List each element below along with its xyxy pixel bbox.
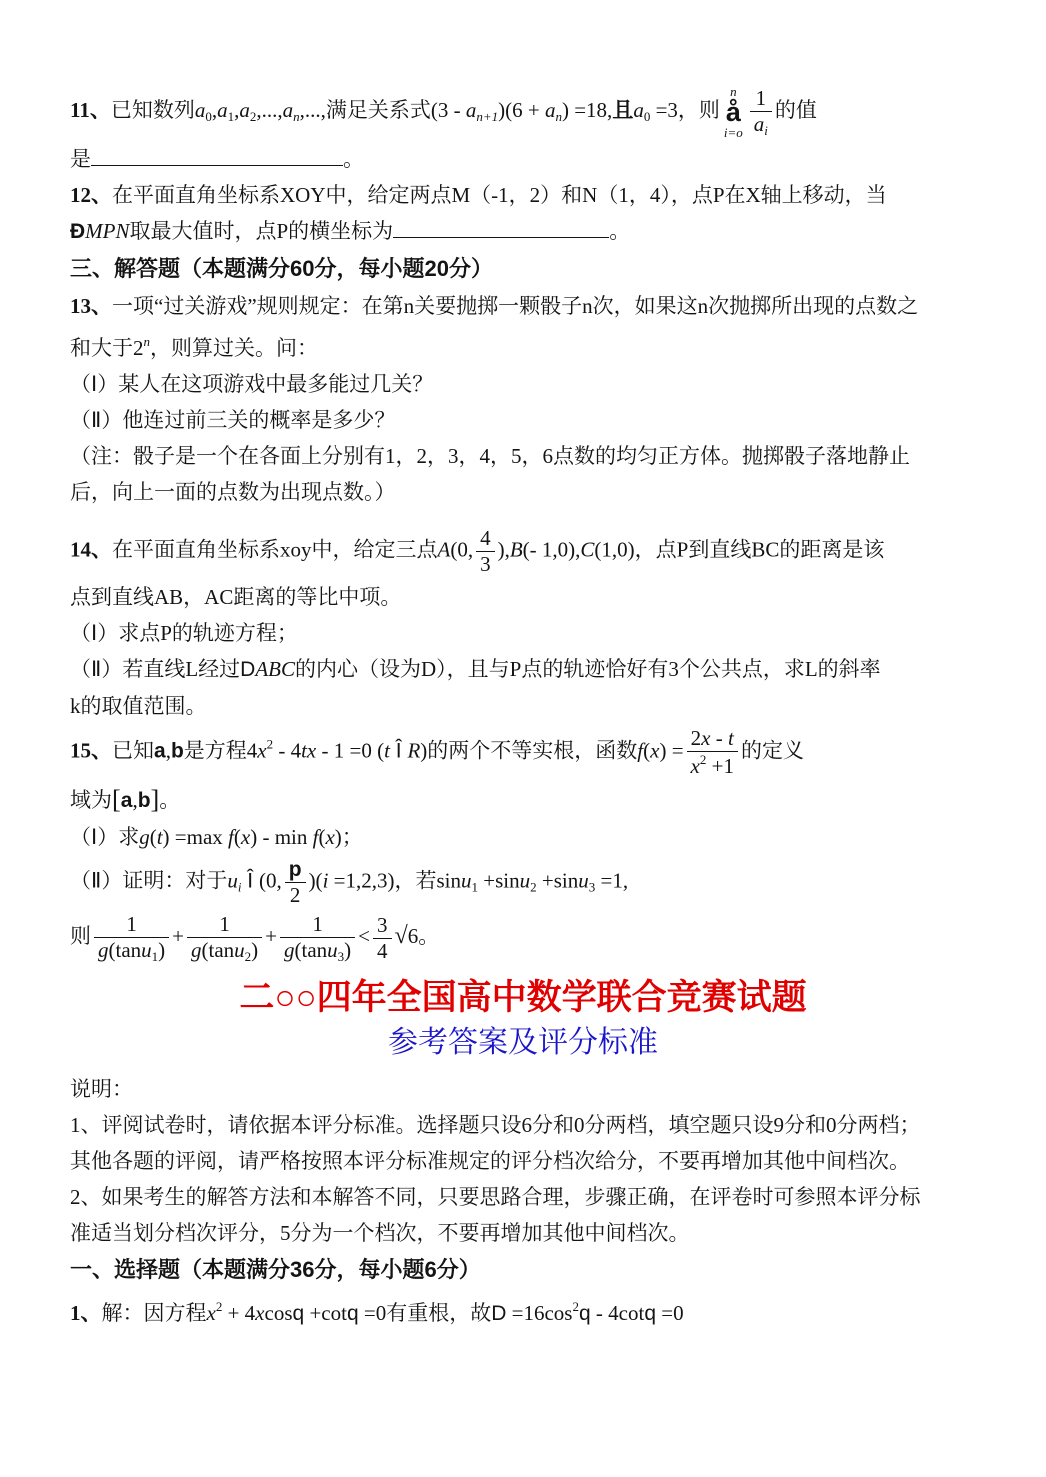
text-run: 1	[756, 86, 767, 110]
text-run: Î	[390, 740, 408, 763]
text-run: +cot	[304, 1301, 347, 1325]
text-run: (tan	[109, 938, 142, 962]
text-run: - 4cot	[591, 1301, 645, 1325]
note-1-line-1: 1、评阅试卷时，请依据本评分标准。选择题只设6分和0分两档，填空题只设9分和0分…	[70, 1107, 976, 1143]
text-run: √	[395, 922, 408, 949]
text-run: （Ⅱ）他连过前三关的概率是多少？	[70, 408, 395, 432]
text-run: （注：骰子是一个在各面上分别有1，2，3，4，5，6点数的均匀正方体。抛掷骰子落…	[70, 444, 910, 468]
text-run: (	[150, 825, 157, 849]
text-run: )(	[309, 868, 323, 892]
text-run: 1	[312, 912, 323, 936]
text-run: 4	[480, 526, 491, 550]
text-run: 6	[408, 924, 419, 948]
text-run: u	[234, 938, 245, 962]
text-run: 则	[70, 924, 91, 948]
text-run: )；	[335, 825, 363, 849]
text-run: ABC	[255, 657, 295, 681]
text-run: ，点P到直线BC的距离是该	[635, 537, 885, 561]
text-run: [	[112, 785, 121, 814]
problem-13-note-2: 后，向上一面的点数为出现点数。）	[70, 474, 976, 510]
text-run: )	[251, 938, 258, 962]
text-run: （Ⅱ）证明：对于	[70, 868, 227, 892]
text-run: +1	[706, 754, 734, 778]
text-run: 说明：	[70, 1077, 133, 1101]
text-run: x	[241, 825, 250, 849]
fraction: 34	[373, 913, 392, 964]
text-run: 和大于	[70, 336, 133, 360]
problem-14-part-2: （Ⅱ）若直线L经过DABC的内心（设为D），且与P点的轨迹恰好有3个公共点，求L…	[70, 651, 976, 688]
text-run: )(6 +	[498, 98, 545, 122]
text-run: 域为	[70, 788, 112, 812]
text-run: C	[580, 537, 594, 561]
fraction: 43	[476, 526, 495, 577]
text-run: q	[644, 1302, 656, 1325]
text-run: 2	[290, 883, 301, 907]
text-run: a	[217, 98, 228, 122]
problem-13-note-1: （注：骰子是一个在各面上分别有1，2，3，4，5，6点数的均匀正方体。抛掷骰子落…	[70, 438, 976, 474]
fraction: 1g(tanu2)	[187, 912, 262, 965]
text-run: 其他各题的评阅，请严格按照本评分标准规定的评分档次给分，不要再增加其他中间档次。	[70, 1149, 910, 1173]
text-run: q	[579, 1302, 591, 1325]
fraction: 1ai	[750, 86, 772, 139]
answer-blank	[393, 215, 609, 238]
text-run: ,...,	[256, 98, 282, 122]
lines-bottom: 说明：1、评阅试卷时，请依据本评分标准。选择题只设6分和0分两档，填空题只设9分…	[70, 1071, 976, 1332]
text-run: 14、	[70, 537, 112, 561]
problem-11-line-2: 是。	[70, 141, 976, 177]
text-run: 取最大值时，点P的横坐标为	[130, 219, 394, 243]
text-run: (tan	[202, 938, 235, 962]
text-run: i	[764, 123, 768, 138]
text-run: 满足关系式	[326, 98, 431, 122]
text-run: x	[257, 739, 266, 763]
lines-top: 11、已知数列a0,a1,a2,...,an,...,满足关系式(3 - an+…	[70, 84, 976, 967]
text-run: 已知	[112, 739, 154, 763]
text-run: 3	[480, 552, 491, 576]
solution-1-line-1: 1、解：因方程x2 + 4xcosq +cotq =0有重根，故D =16cos…	[70, 1289, 976, 1332]
note-2-line-2: 准适当划分档次评分，5分为一个档次，不要再增加其他中间档次。	[70, 1215, 976, 1251]
text-run: =1,	[595, 868, 628, 892]
text-run: a	[154, 740, 166, 763]
text-run: ) =max	[163, 825, 229, 849]
text-run: p	[289, 858, 302, 881]
notes-heading: 说明：	[70, 1071, 976, 1107]
text-run: （Ⅰ）求点P的轨迹方程；	[70, 621, 298, 645]
text-run: - 4	[273, 739, 301, 763]
text-run: 一项“过关游戏”规则规定：在第n关要抛掷一颗骰子n次，如果这n次抛掷所出现的点数…	[112, 294, 918, 318]
text-run: ，则算过关。问：	[150, 336, 318, 360]
text-run: )	[344, 938, 351, 962]
text-run: cos	[265, 1301, 293, 1325]
text-run: 2	[691, 726, 702, 750]
text-run: a	[195, 98, 206, 122]
text-run: x	[207, 1301, 216, 1325]
text-run: =0	[656, 1301, 684, 1325]
text-run: 。	[343, 147, 364, 171]
text-run: x	[701, 726, 710, 750]
text-run: 是	[70, 147, 91, 171]
text-run: 2	[133, 336, 144, 360]
text-run: B	[510, 537, 523, 561]
text-run: 一、选择题（本题满分36分，每小题6分）	[70, 1257, 481, 1282]
text-run: a	[754, 112, 765, 136]
text-run: <	[358, 924, 370, 948]
answer-blank	[91, 143, 343, 166]
text-run: 15、	[70, 739, 112, 763]
note-1-line-2: 其他各题的评阅，请严格按照本评分标准规定的评分档次给分，不要再增加其他中间档次。	[70, 1143, 976, 1179]
text-run: ) =18,	[562, 98, 612, 122]
text-run: b	[138, 789, 151, 812]
text-run: g	[98, 938, 109, 962]
text-run: 解：因方程	[102, 1301, 207, 1325]
note-2-line-1: 2、如果考生的解答方法和本解答不同，只要思路合理，步骤正确，在评卷时可参照本评分…	[70, 1179, 976, 1215]
problem-12-line-2: ÐMPN取最大值时，点P的横坐标为。	[70, 213, 976, 250]
text-run: +sin	[537, 868, 579, 892]
text-run: )	[158, 938, 165, 962]
text-run: 且	[612, 98, 633, 122]
problem-12-line-1: 12、在平面直角坐标系XOY中，给定两点M（-1，2）和N（1，4），点P在X轴…	[70, 177, 976, 213]
text-run: 在平面直角坐标系XOY中，给定两点M（-1，2）和N（1，4），点P在X轴上移动…	[112, 183, 887, 207]
problem-15-part-2: （Ⅱ）证明：对于ui Î (0,p2)(i =1,2,3)，若sinu1 +si…	[70, 855, 976, 910]
text-run: 13、	[70, 294, 112, 318]
problem-11-line-1: 11、已知数列a0,a1,a2,...,an,...,满足关系式(3 - an+…	[70, 84, 976, 141]
text-run: 准适当划分档次评分，5分为一个档次，不要再增加其他中间档次。	[70, 1221, 690, 1245]
competition-title: 二○○四年全国高中数学联合竞赛试题	[70, 975, 976, 1021]
text-run: n+1	[476, 109, 498, 124]
text-run: 3	[377, 913, 388, 937]
text-run: (0,	[259, 868, 282, 892]
text-run: 是方程4	[184, 739, 258, 763]
problem-14-line-1: 14、在平面直角坐标系xoy中，给定三点A(0,43),B(- 1,0),C(1…	[70, 524, 976, 579]
text-run: (3 -	[431, 98, 466, 122]
problem-15-part-1: （Ⅰ）求g(t) =max f(x) - min f(x)；	[70, 819, 976, 855]
text-run: (	[234, 825, 241, 849]
text-run: t	[728, 726, 734, 750]
text-run: tx	[301, 739, 316, 763]
problem-15-line-2: 域为[a,b]。	[70, 782, 976, 819]
text-run: sin	[437, 868, 462, 892]
text-run: a	[239, 98, 250, 122]
problem-14-line-2: 点到直线AB，AC距离的等比中项。	[70, 579, 976, 615]
text-run: ),	[498, 537, 510, 561]
text-run: u	[578, 868, 589, 892]
problem-14-part-1: （Ⅰ）求点P的轨迹方程；	[70, 615, 976, 651]
text-run: u	[327, 938, 338, 962]
text-run: 点到直线AB，AC距离的等比中项。	[70, 585, 401, 609]
text-run: u	[461, 868, 472, 892]
text-run: k的取值范围。	[70, 694, 207, 718]
fraction: p2	[285, 857, 306, 908]
text-run: ) - min	[250, 825, 312, 849]
problem-15-line-1: 15、已知a,b是方程4x2 - 4tx - 1 =0 (t Î R)的两个不等…	[70, 724, 976, 781]
problem-13-line-2: 和大于2n，则算过关。问：	[70, 324, 976, 366]
text-run: 。	[609, 219, 630, 243]
problem-14-part-2b: k的取值范围。	[70, 688, 976, 724]
text-run: q	[293, 1302, 305, 1325]
text-run: 1、评阅试卷时，请依据本评分标准。选择题只设6分和0分两档，填空题只设9分和0分…	[70, 1113, 921, 1137]
text-run: 在平面直角坐标系xoy中，给定三点	[112, 537, 438, 561]
text-run: Î	[241, 869, 259, 892]
text-run: (1,0)	[594, 537, 634, 561]
text-run: 1、	[70, 1301, 102, 1325]
exam-paper-page: 11、已知数列a0,a1,a2,...,an,...,满足关系式(3 - an+…	[0, 0, 1046, 1477]
text-run: +sin	[478, 868, 520, 892]
section-1-heading: 一、选择题（本题满分36分，每小题6分）	[70, 1251, 976, 1289]
text-run: g	[139, 825, 150, 849]
text-run: -	[711, 726, 729, 750]
text-run: x	[691, 754, 700, 778]
text-run: g	[284, 938, 295, 962]
fraction: 1g(tanu1)	[94, 912, 169, 965]
text-run: (0,	[450, 537, 473, 561]
text-run: a	[545, 98, 556, 122]
text-run: u	[227, 868, 238, 892]
text-run: 的定义	[741, 739, 804, 763]
text-run: u	[520, 868, 531, 892]
text-run: 2、如果考生的解答方法和本解答不同，只要思路合理，步骤正确，在评卷时可参照本评分…	[70, 1185, 921, 1209]
text-run: （Ⅰ）某人在这项游戏中最多能过几关？	[70, 372, 433, 396]
text-run: 已知数列	[111, 98, 195, 122]
text-run: a	[633, 98, 644, 122]
text-run: (	[372, 739, 384, 763]
text-run: MPN	[85, 219, 129, 243]
text-run: （Ⅱ）若直线L经过	[70, 657, 240, 681]
text-run: ,...,	[300, 98, 326, 122]
text-run: 三、解答题（本题满分60分，每小题20分）	[70, 256, 493, 281]
section-3-heading: 三、解答题（本题满分60分，每小题20分）	[70, 250, 976, 288]
text-run: q	[347, 1302, 359, 1325]
text-run: 4	[377, 939, 388, 963]
text-run: )的两个不等实根，函数	[420, 739, 637, 763]
text-run: =16cos	[506, 1301, 572, 1325]
fraction: 1g(tanu3)	[280, 912, 355, 965]
text-run: =0有重根，故	[359, 1301, 492, 1325]
text-run: =1,2,3)，若	[328, 868, 436, 892]
text-run: u	[141, 938, 152, 962]
text-run: ) =	[659, 739, 683, 763]
answers-subtitle: 参考答案及评分标准	[70, 1021, 976, 1065]
text-run: （Ⅰ）求	[70, 825, 139, 849]
text-run: =3，则	[650, 98, 720, 122]
fraction: 2x - tx2 +1	[687, 726, 738, 779]
text-run: +	[265, 924, 277, 948]
text-run: (tan	[295, 938, 328, 962]
text-run: x	[255, 1301, 264, 1325]
problem-13-part-1: （Ⅰ）某人在这项游戏中最多能过几关？	[70, 366, 976, 402]
text-run: 后，向上一面的点数为出现点数。）	[70, 480, 396, 504]
text-run: a	[466, 98, 477, 122]
text-run: - 1 =0	[316, 739, 372, 763]
problem-13-line-1: 13、一项“过关游戏”规则规定：在第n关要抛掷一颗骰子n次，如果这n次抛掷所出现…	[70, 288, 976, 324]
text-run: 12、	[70, 183, 112, 207]
text-run: 1	[219, 912, 230, 936]
text-run: R	[407, 739, 420, 763]
text-run: + 4	[222, 1301, 255, 1325]
summation-symbol: nåi=o	[724, 85, 743, 141]
text-run: g	[191, 938, 202, 962]
text-run: b	[171, 740, 184, 763]
text-run: ]	[151, 785, 160, 814]
text-run: 。	[418, 924, 439, 948]
text-run: A	[438, 537, 451, 561]
text-run: +	[172, 924, 184, 948]
text-run: 。	[159, 788, 180, 812]
text-run: a	[121, 789, 133, 812]
text-run: D	[240, 658, 255, 681]
problem-13-part-2: （Ⅱ）他连过前三关的概率是多少？	[70, 402, 976, 438]
text-run: Ð	[70, 220, 85, 243]
text-run: D	[491, 1302, 506, 1325]
text-run: 的值	[775, 98, 817, 122]
problem-15-inequality: 则1g(tanu1)+1g(tanu2)+1g(tanu3)<34√6。	[70, 910, 976, 967]
text-run: 的内心（设为D），且与P点的轨迹恰好有3个公共点，求L的斜率	[295, 657, 881, 681]
text-run: 11、	[70, 98, 111, 122]
text-run: 1	[126, 912, 137, 936]
text-run: x	[325, 825, 334, 849]
text-run: a	[283, 98, 294, 122]
text-run: (- 1,0),	[523, 537, 581, 561]
